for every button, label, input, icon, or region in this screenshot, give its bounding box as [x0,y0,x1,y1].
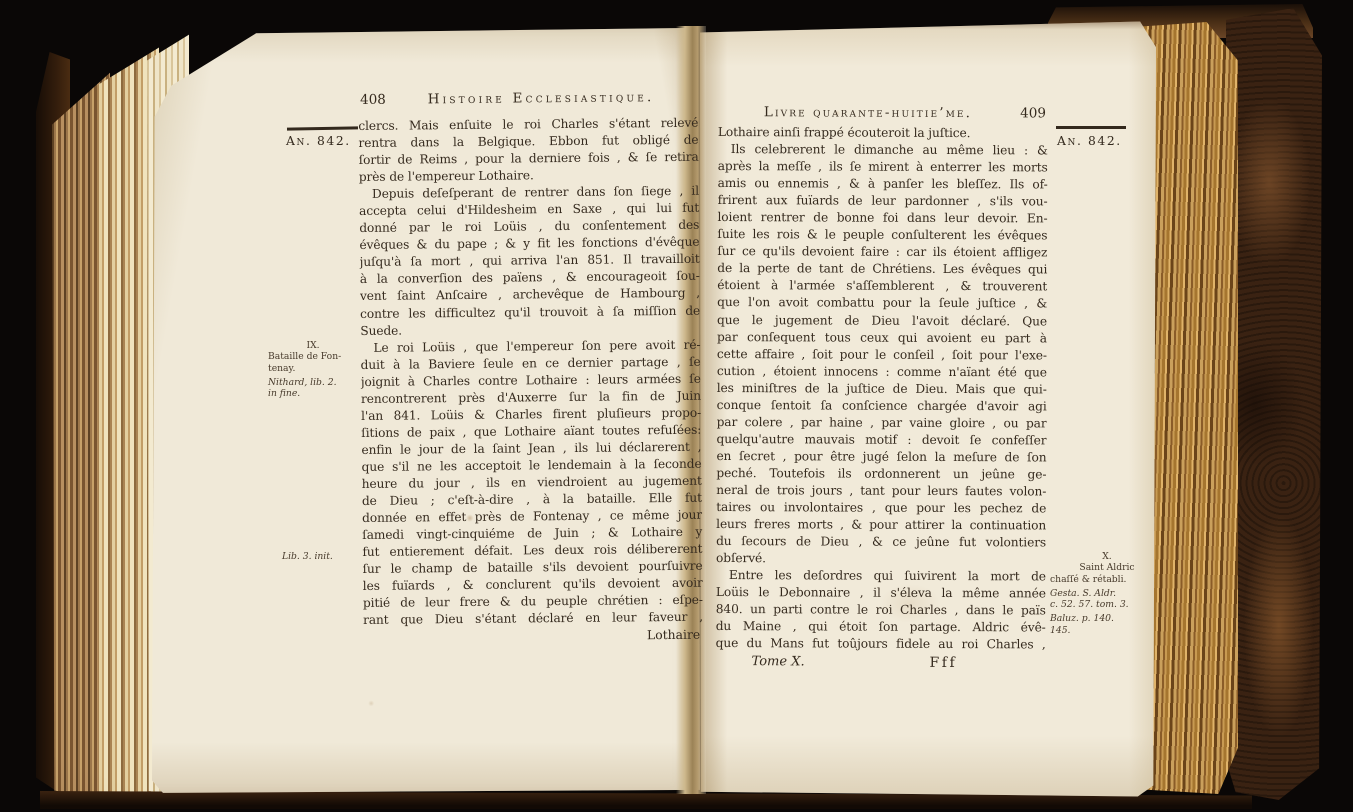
left-running-header: 408 Histoire Ecclesiastique. [358,89,698,109]
text-line: du ſecours de Dieu , & ce jeûne fut volo… [716,533,1046,551]
year-note-right: An. 842. [1057,134,1122,148]
text-line: Loüis le Debonnaire , il s'éleva la même… [716,584,1046,602]
margin-note-lib3: Lib. 3. init. [282,551,362,562]
text-line: neral de trois jours , tant pour leurs f… [716,482,1046,500]
text-line: les miniſtres de la juſtice de Dieu. Mai… [717,380,1047,398]
paragraph: Entre les deſordres qui ſuivirent la mor… [716,567,1046,654]
text-line: par colere , par haine , par vaine gloir… [717,414,1047,432]
text-line: Lothaire ainſi frappé écouteroit la juſt… [718,124,1048,142]
margin-note-line: in fine. [268,388,358,399]
page-number-left: 408 [360,92,386,108]
text-line: après la meſſe , ils ſe mirent à enterre… [718,158,1048,176]
text-line: conque ſentoit ſa conſcience chargée d'a… [717,397,1047,415]
text-line: que le jugement de Dieu l'avoit déclaré.… [717,312,1047,330]
margin-note-line: Gesta. S. Aldr. [1050,588,1164,599]
margin-note-line: tenay. [268,363,358,374]
text-line: Ils celebrerent le dimanche au même lieu… [718,141,1048,159]
paragraph: Ils celebrerent le dimanche au même lieu… [716,141,1048,569]
text-line: que du Mans fut toûjours fidele au roi C… [716,635,1046,653]
text-line: cution , étoient innocens : comme n'aïan… [717,363,1047,381]
paragraph: Le roi Loüis , que l'empereur ſon pere a… [360,336,703,629]
text-line: obſervé. [716,550,1046,568]
text-line: cette affaire , ſoit pour le conſeil , ſ… [717,346,1047,364]
margin-note-section-ix: IX.Bataille de Fon-tenay.Nithard, lib. 2… [268,340,358,399]
tome-label: Tome X. [752,655,805,670]
right-page-body: Lothaire ainſi frappé écouteroit la juſt… [716,124,1048,654]
margin-note-line: c. 52. 57. tom. 3. [1050,599,1164,610]
margin-note-line: Saint Aldric [1050,562,1164,573]
text-line: loient rentrer de bonne foi dans leur de… [717,209,1047,227]
text-line: leurs freres morts , & pour attirer la c… [716,516,1046,534]
catchword: Lothaire [363,626,703,646]
text-line: peché. Toutefois ils ordonnerent un jeûn… [716,465,1046,483]
text-line: du Maine , qui étoit ſon partage. Aldric… [716,618,1046,636]
margin-note-section-x: X.Saint Aldricchaſſé & rétabli.Gesta. S.… [1050,551,1164,636]
right-page-text: Livre quarante-huitie’me. 409 Lothaire a… [716,104,1048,674]
text-line: par conſequent tous ceux qui avoient eu … [717,329,1047,347]
text-line: quelqu'autre mauvais motif : devoit ſe c… [716,431,1046,449]
right-running-header: Livre quarante-huitie’me. 409 [718,104,1048,122]
page-number-right: 409 [1020,105,1046,121]
text-line: que l'on avoit combattu pour la ſeule ju… [717,294,1047,312]
text-line: étoient à l'armée s'aſſemblerent , & tro… [717,277,1047,295]
running-title-left: Histoire Ecclesiastique. [384,89,698,108]
text-line: en ſecret , pour être jugé ſelon la meſu… [716,448,1046,466]
margin-rule-right [1056,126,1126,129]
margin-note-line: Nithard, lib. 2. [268,377,358,388]
margin-note-line: IX. [268,340,358,351]
margin-note-line: Lib. 3. init. [282,551,362,562]
paragraph: Depuis deſeſperant de rentrer dans ſon ſ… [359,183,700,340]
margin-note-line: Baluz. p. 140. [1050,613,1164,624]
leather-cover-right [1226,8,1322,800]
text-line: 840. un parti contre le roi Charles , da… [716,601,1046,619]
text-line: frirent aux fuïards de leur pardonner , … [718,192,1048,210]
left-page-text: 408 Histoire Ecclesiastique. clercs. Mai… [358,89,703,647]
running-title-right: Livre quarante-huitie’me. [718,104,1018,121]
signature-mark: Fff [930,655,958,671]
text-line: ſur ce qu'ils devoient faire : car ils é… [717,243,1047,261]
book-photo: 408 Histoire Ecclesiastique. clercs. Mai… [0,0,1353,812]
text-line: amis ou ennemis , & à panſer les bleſſez… [718,175,1048,193]
paragraph: clercs. Mais enſuite le roi Charles s'ét… [358,115,699,186]
text-line: ſortir de Reims , pour la derniere fois … [359,149,699,169]
margin-note-line: X. [1050,551,1164,562]
text-line: Entre les deſordres qui ſuivirent la mor… [716,567,1046,585]
text-line: contre les difficultez qu'il trouvoit à … [360,302,700,322]
text-line: de la perte de tant de Chrétiens. Les év… [717,260,1047,278]
text-line: ſuite les rois & le peuple conſulterent … [717,226,1047,244]
left-page-body: clercs. Mais enſuite le roi Charles s'ét… [358,115,703,630]
paragraph: Lothaire ainſi frappé écouteroit la juſt… [718,124,1048,142]
year-note-left: An. 842. [286,134,351,148]
margin-note-line: 145. [1050,625,1164,636]
margin-note-line: chaſſé & rétabli. [1050,574,1164,585]
margin-note-line: Bataille de Fon- [268,351,358,362]
text-line: taires ou involontaires , que pour les p… [716,499,1046,517]
right-page-footer: Tome X. Fff [716,654,1046,673]
